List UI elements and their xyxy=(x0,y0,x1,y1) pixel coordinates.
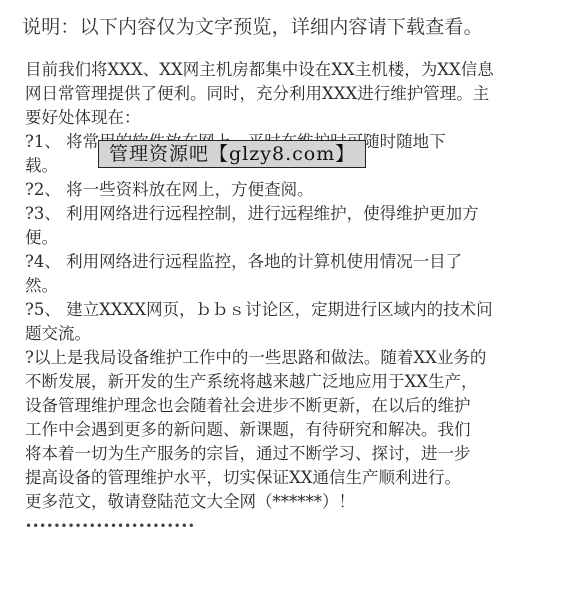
paragraph-line: 目前我们将XXX、XX网主机房都集中设在XX主机楼，为XX信息 xyxy=(25,58,560,82)
paragraph-line: 提高设备的管理维护水平，切实保证XX通信生产顺利进行。 xyxy=(25,466,560,490)
paragraph-line: 网日常管理提供了便利。同时，充分利用XXX进行维护管理。主 xyxy=(25,82,560,106)
paragraph-line: 不断发展，新开发的生产系统将越来越广泛地应用于XX生产， xyxy=(25,370,560,394)
paragraph-line: 要好处体现在： xyxy=(25,106,560,130)
more-templates-link-text: 更多范文，敬请登陆范文大全网（******）！ xyxy=(25,490,560,514)
preview-notice: 说明：以下内容仅为文字预览，详细内容请下载查看。 xyxy=(22,14,483,40)
list-item-2: ?2、 将一些资料放在网上，方便查阅。 xyxy=(25,178,560,202)
list-item-3: ?3、 利用网络进行远程控制，进行远程维护，使得维护更加方 xyxy=(25,202,560,226)
paragraph-line: 工作中会遇到更多的新问题、新课题，有待研究和解决。我们 xyxy=(25,418,560,442)
document-body: 目前我们将XXX、XX网主机房都集中设在XX主机楼，为XX信息 网日常管理提供了… xyxy=(25,58,560,538)
list-item-4-cont: 然。 xyxy=(25,274,560,298)
paragraph-line: 将本着一切为生产服务的宗旨，通过不断学习、探讨，进一步 xyxy=(25,442,560,466)
dotted-separator: •••••••••••••••••••••••• xyxy=(25,514,560,538)
list-item-4: ?4、 利用网络进行远程监控，各地的计算机使用情况一目了 xyxy=(25,250,560,274)
list-item-5: ?5、 建立XXXX网页，ｂｂｓ讨论区，定期进行区域内的技术问 xyxy=(25,298,560,322)
paragraph-line: 设备管理维护理念也会随着社会进步不断更新，在以后的维护 xyxy=(25,394,560,418)
watermark-banner: 管理资源吧【glzy8.com】 xyxy=(98,140,366,168)
list-item-5-cont: 题交流。 xyxy=(25,322,560,346)
list-item-3-cont: 便。 xyxy=(25,226,560,250)
paragraph-line: ?以上是我局设备维护工作中的一些思路和做法。随着XX业务的 xyxy=(25,346,560,370)
